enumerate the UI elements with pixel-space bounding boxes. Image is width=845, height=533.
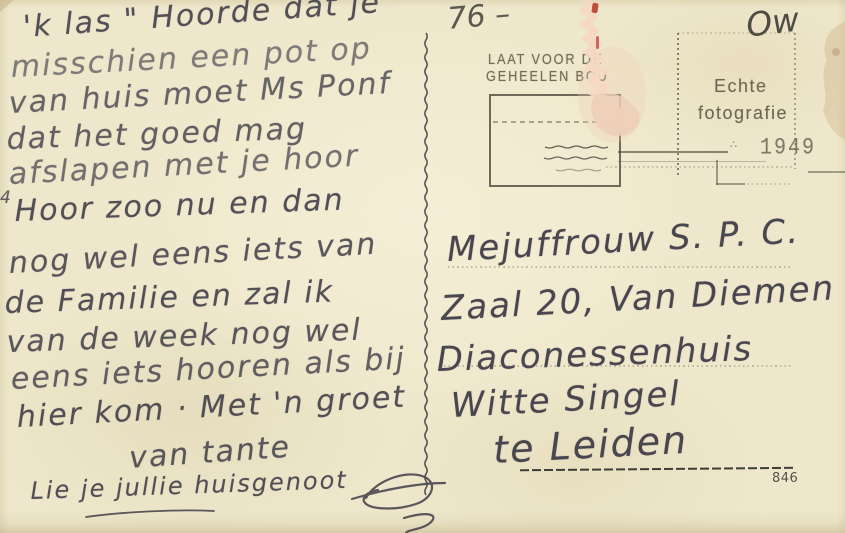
message-line: de Familie en zal ik [4, 274, 335, 320]
corner-bracket-vertical [716, 160, 718, 185]
postmark-slogan-line-2: GEHEELEN BOU [486, 68, 609, 84]
corner-bracket-foot [716, 183, 745, 185]
edge-stain [823, 22, 845, 140]
cancel-extension-line-2 [618, 161, 766, 162]
corner-wear [0, 0, 14, 12]
price-pencil-mark: 76 – [446, 0, 512, 37]
address-line: Diaconessenhuis [436, 329, 754, 380]
postcard-back: LAAT VOOR DE GEHEELEN BOU Echte fotograf… [0, 0, 845, 533]
cancel-extension-dots [606, 166, 792, 168]
stain-red-dash [596, 36, 599, 49]
stamp-box-dots-mark: ∴ [730, 138, 739, 151]
year-stamp: 1949 [760, 135, 816, 161]
address-line: Witte Singel [450, 374, 682, 426]
message-line: Hoor zoo nu en dan [14, 182, 345, 229]
corner-bracket-dots [747, 183, 793, 185]
stamp-box-left-dots [677, 33, 679, 175]
message-line: nog wel eens iets van [8, 227, 378, 281]
message-line: Lie je jullie huisgenoot [30, 466, 348, 505]
stamp-box-line-2: fotografie [698, 103, 788, 124]
message-margin-mark: 4 [0, 188, 13, 208]
cancel-box-dashed-line [493, 121, 613, 123]
postmark-slogan-line-1: LAAT VOOR DE [488, 51, 603, 67]
corner-pencil-mark: Ow [744, 0, 801, 45]
right-edge-line [808, 171, 845, 173]
divider-wave [425, 33, 427, 495]
address-line: te Leiden [492, 418, 689, 472]
address-line: Zaal 20, Van Diemen [440, 268, 836, 329]
print-number: 846 [772, 471, 798, 486]
cancel-extension-line-1 [618, 151, 728, 153]
address-line: Mejuffrouw S. P. C. [446, 212, 801, 270]
stain-red-speck [591, 3, 598, 14]
postmark-cancel-box [489, 94, 621, 187]
closing-underline [86, 510, 214, 517]
stamp-box-line-1: Echte [714, 76, 768, 97]
